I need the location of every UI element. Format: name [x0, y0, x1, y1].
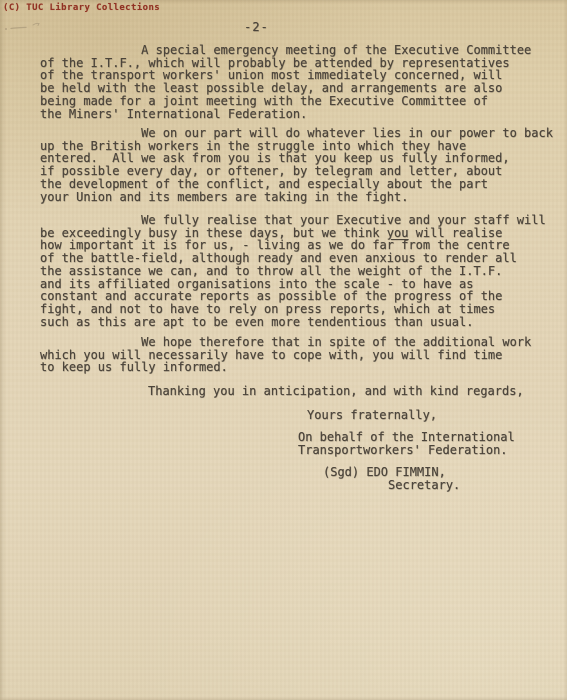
library-stamp: (C) TUC Library Collections [3, 3, 160, 13]
page-number: -2- [0, 21, 513, 34]
paragraph-3-text-after: will realise how important it is for us,… [40, 226, 517, 329]
signatory-organisation: On behalf of the International Transport… [298, 431, 515, 456]
paragraph-2: We on our part will do whatever lies in … [40, 127, 553, 203]
paragraph-1: A special emergency meeting of the Execu… [40, 44, 531, 120]
paragraph-3: We fully realise that your Executive and… [40, 214, 546, 328]
thanks-line: Thanking you in anticipation, and with k… [148, 385, 524, 398]
paragraph-4: We hope therefore that in spite of the a… [40, 336, 531, 374]
valediction-line: Yours fraternally, [307, 409, 437, 422]
signature-line: (Sgd) EDO FIMMIN, Secretary. [323, 466, 460, 491]
